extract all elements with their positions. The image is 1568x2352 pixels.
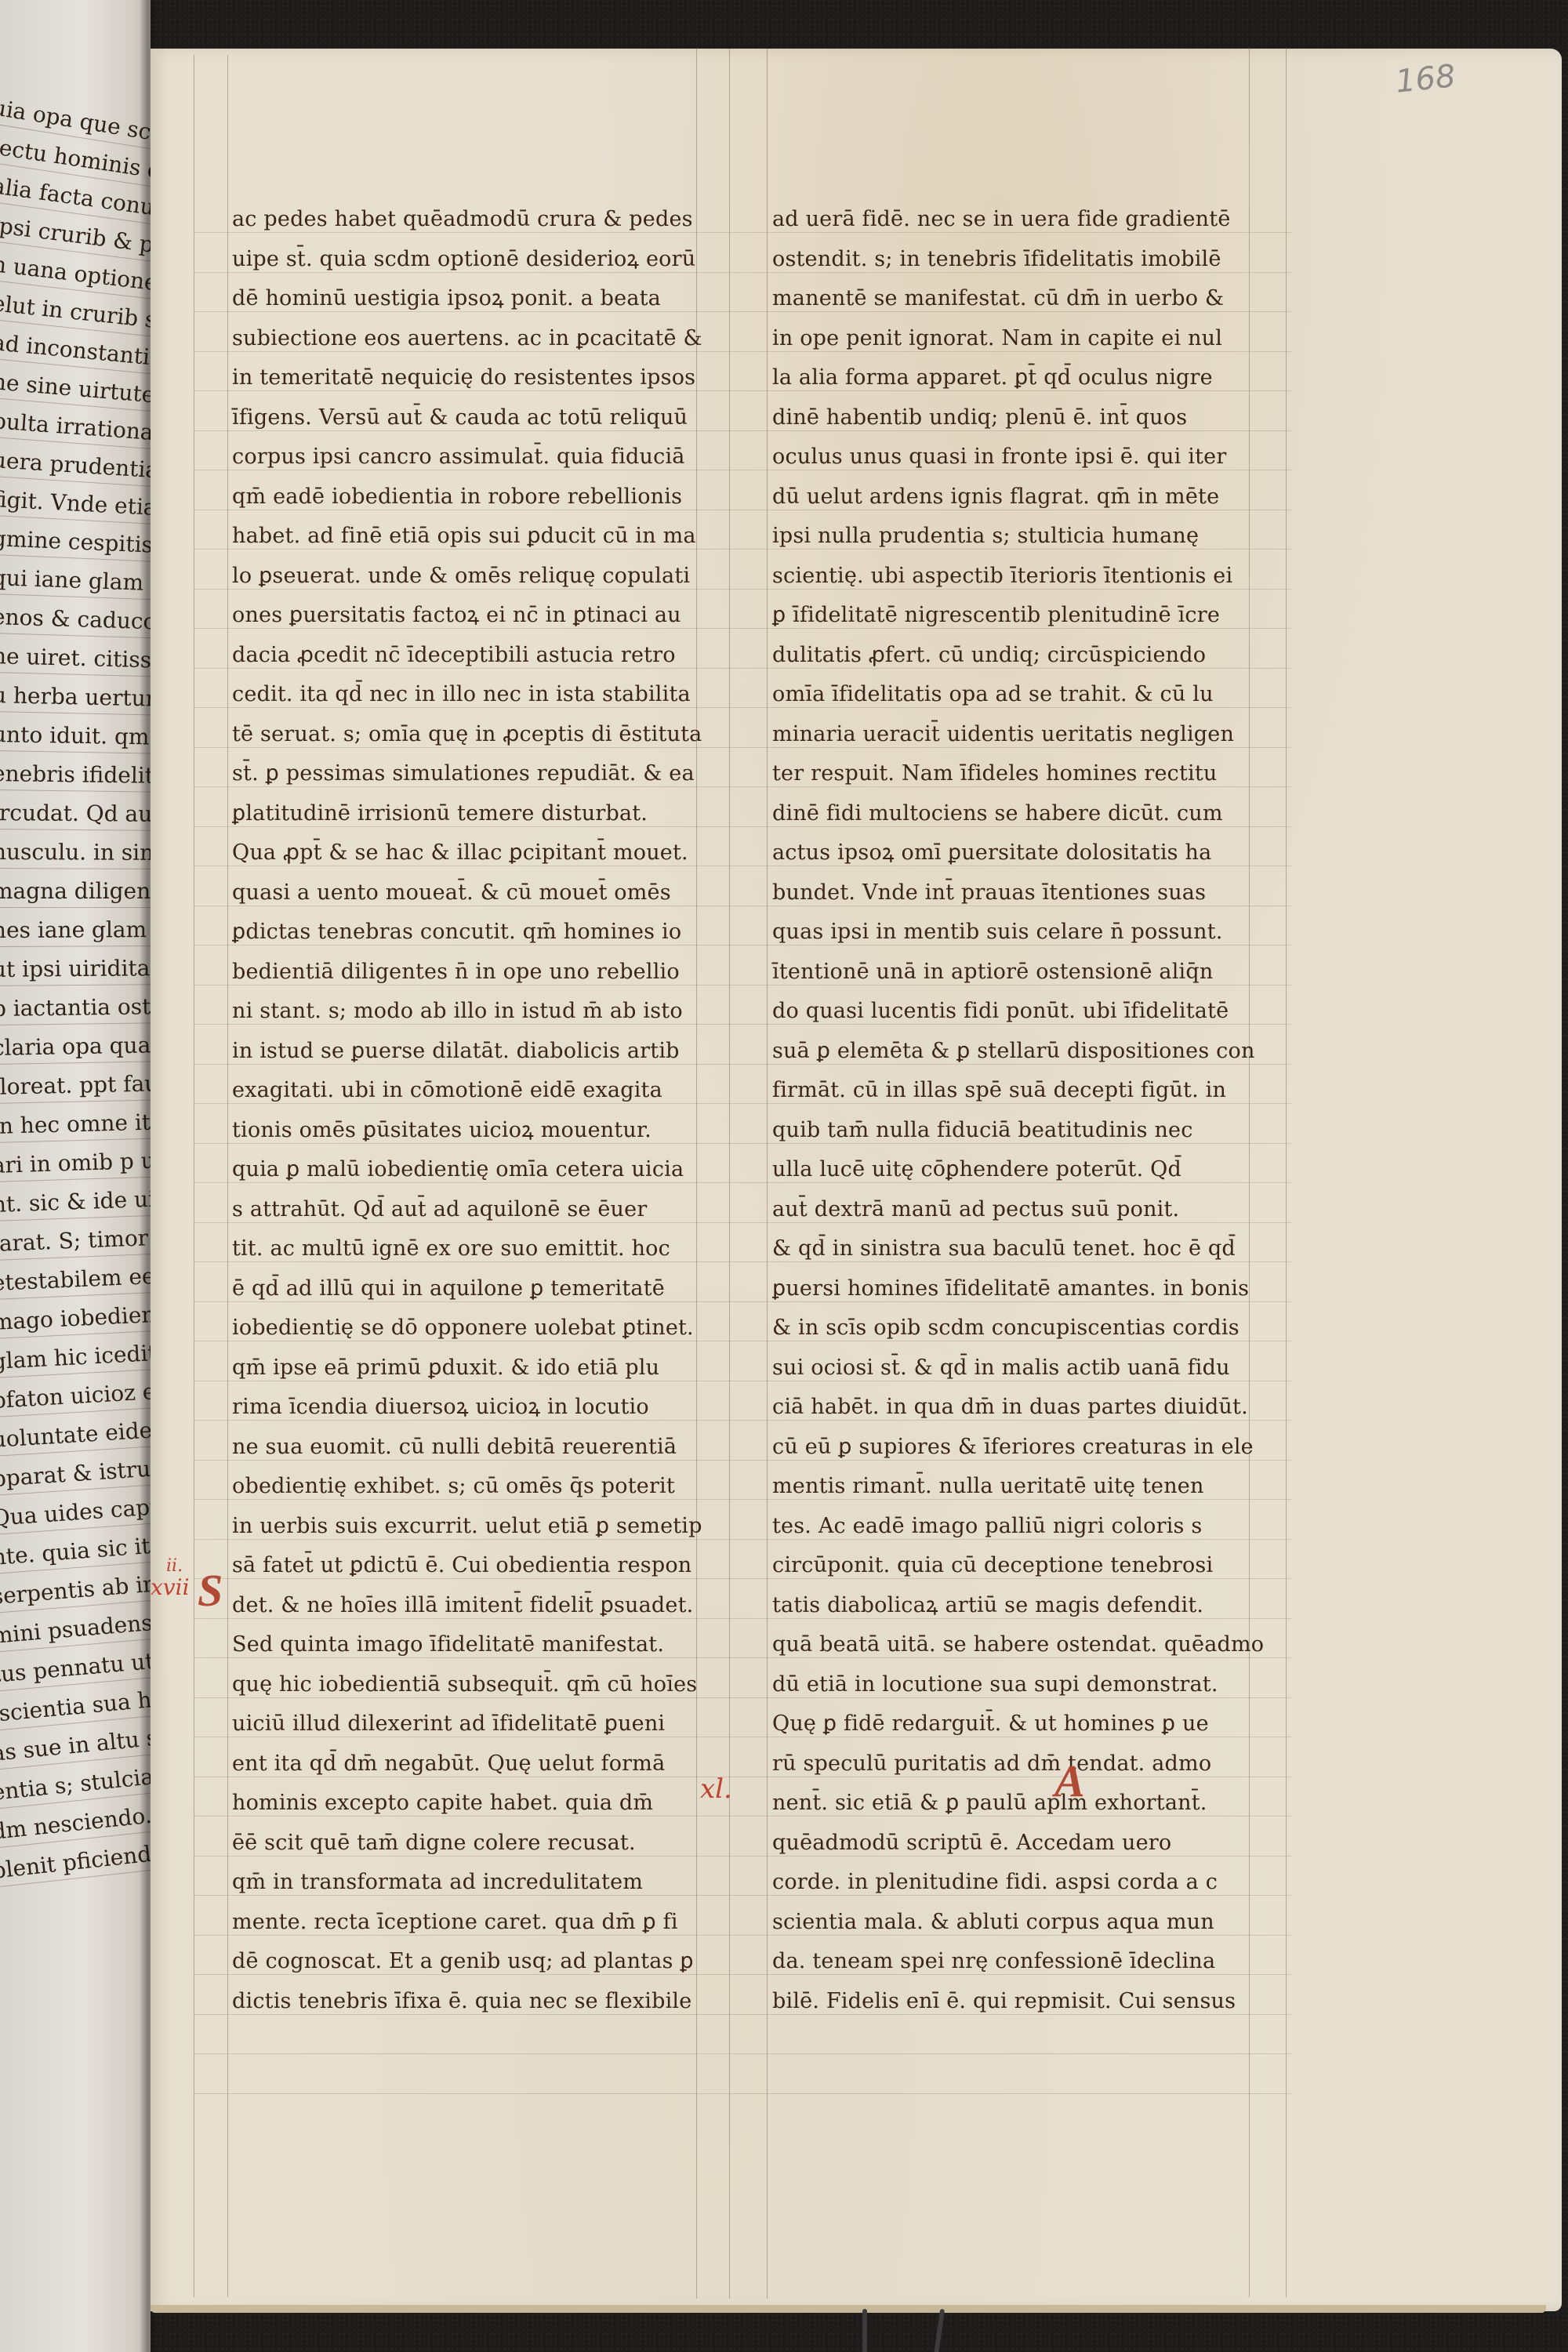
manuscript-line: ꝑlatitudinē irrisionū temere disturbat.: [232, 794, 726, 834]
ruling-line: [194, 55, 194, 2297]
manuscript-line: subiectione eos auertens. ac in ꝑcacitat…: [232, 319, 726, 359]
manuscript-line: ītentionē unā in aptiorē ostensionē aliq…: [772, 953, 1274, 993]
previous-page-line: p iactantia ostendunt: [0, 993, 151, 1025]
manuscript-line: ē qd̄ ad illū qui in aquilone ꝑ temerita…: [232, 1269, 726, 1309]
manuscript-line: mente. recta īceptione caret. qua dm̄ ꝑ …: [232, 1903, 726, 1943]
previous-page-line: enos & caducos honores: [0, 604, 151, 642]
manuscript-line: qm̄ ipse eā primū ꝑduxit. & ido etiā plu: [232, 1348, 726, 1388]
previous-page-line: figit. Vnde etia in: [0, 486, 151, 526]
manuscript-line: exagitati. ubi in cōmotionē eidē exagita: [232, 1071, 726, 1111]
manuscript-line: ac pedes habet quēadmodū crura & pedes: [232, 200, 726, 240]
manuscript-line: in uerbis suis excurrit. uelut etiā ꝑ se…: [232, 1507, 726, 1547]
manuscript-line: habet. ad finē etiā opis sui ꝑducit cū i…: [232, 517, 726, 557]
chapter-marker-top: ii.: [166, 1556, 183, 1576]
previous-page-line: ircudat. Qd aut in: [0, 800, 151, 831]
previous-page-line: pparat & istruit. ac: [0, 1452, 151, 1496]
manuscript-line: corde. in plenitudine fidi. aspsi corda …: [772, 1863, 1274, 1903]
previous-page-line: serpentis ab inicio: [0, 1568, 151, 1613]
manuscript-line: quę hic iobedientiā subsequit̄. qm̄ cū h…: [232, 1665, 726, 1705]
manuscript-line: circūponit. quia cū deceptione tenebrosi: [772, 1546, 1274, 1586]
manuscript-line: dē hominū uestigia ipsoꝝ ponit. a beata: [232, 279, 726, 319]
manuscript-line: s attrahūt. Qd̄ aut̄ ad aquilonē se ēuer: [232, 1190, 726, 1230]
manuscript-line: scientia mala. & abluti corpus aqua mun: [772, 1903, 1274, 1943]
marginal-number: xl.: [700, 1773, 732, 1805]
manuscript-line: manentē se manifestat. cū dm̄ in uerbo &: [772, 279, 1274, 319]
previous-page-line: enebris ifidelitatis in: [0, 760, 151, 793]
manuscript-line: nent̄. sic etiā & ꝑ paulū aplm̄ exhortan…: [772, 1784, 1274, 1824]
manuscript-line: dulitatis ꝓfert. cū undiq; circūspiciend…: [772, 636, 1274, 676]
manuscript-line: rū speculū puritatis ad dm̄ tendat. admo: [772, 1744, 1274, 1784]
manuscript-line: da. teneam spei nrę confessionē īdeclina: [772, 1942, 1274, 1982]
manuscript-line: ēē scit quē tam̄ digne colere recusat.: [232, 1824, 726, 1864]
manuscript-line: Qua ꝓpt̄ & se hac & illac ꝑcipitant̄ mou…: [232, 833, 726, 873]
manuscript-line: in temeritatē nequicię do resistentes ip…: [232, 358, 726, 398]
manuscript-line: st̄. ꝑ pessimas simulationes repudiāt. &…: [232, 754, 726, 794]
manuscript-line: suā ꝑ elemēta & ꝑ stellarū dispositiones…: [772, 1032, 1274, 1072]
manuscript-line: oculus unus quasi in fronte ipsi ē. qui …: [772, 437, 1274, 477]
manuscript-line: ꝑdictas tenebras concutit. qm̄ homines i…: [232, 913, 726, 953]
manuscript-line: aut̄ dextrā manū ad pectus suū ponit.: [772, 1190, 1274, 1230]
previous-page-line: floreat. ppt fauore: [0, 1069, 151, 1104]
manuscript-line: & in scīs opib scdm concupiscentias cord…: [772, 1308, 1274, 1348]
manuscript-line: Sed quinta imago īfidelitatē manifestat.: [232, 1625, 726, 1665]
manuscript-line: actus ipsoꝝ omī ꝑuersitate dolositatis h…: [772, 833, 1274, 873]
bookmark-cord: [862, 2309, 867, 2352]
previous-page-fragment: uia opa que scdmlectu hominis dirigereal…: [0, 0, 151, 2352]
manuscript-line: ipsi nulla prudentia s; stulticia humanę: [772, 517, 1274, 557]
manuscript-line: rima īcendia diuersoꝝ uicioꝝ in locutio: [232, 1388, 726, 1428]
manuscript-line: hominis excepto capite habet. quia dm̄: [232, 1784, 726, 1824]
ruling-line: [227, 55, 228, 2297]
manuscript-line: īfigens. Versū aut̄ & cauda ac totū reli…: [232, 398, 726, 438]
manuscript-line: quib tam̄ nulla fiduciā beatitudinis nec: [772, 1111, 1274, 1151]
manuscript-line: cū eū ꝑ supiores & īferiores creaturas i…: [772, 1428, 1274, 1468]
previous-page-line: in hec omne itentione: [0, 1107, 151, 1143]
manuscript-line: dacia ꝓcedit nc̄ īdeceptibili astucia re…: [232, 636, 726, 676]
manuscript-line: uipe st̄. quia scdm optionē desiderioꝝ e…: [232, 240, 726, 280]
previous-page-line: etestabilem ee manif: [0, 1260, 151, 1300]
ruling-line: [1286, 47, 1287, 2297]
manuscript-line: ulla lucē uitę cōꝑhendere poterūt. Qd̄: [772, 1150, 1274, 1190]
chapter-marker: xvii: [151, 1574, 190, 1600]
previous-page-line: larat. S; timor di: [0, 1224, 151, 1261]
manuscript-line: ne sua euomit. cū nulli debitā reuerenti…: [232, 1428, 726, 1468]
manuscript-line: in istud se ꝑuerse dilatāt. diabolicis a…: [232, 1032, 726, 1072]
red-initial-s: S: [198, 1564, 223, 1617]
text-column-right: ad uerā fidē. nec se in uera fide gradie…: [772, 200, 1274, 2021]
folio-number: 168: [1394, 58, 1457, 100]
manuscript-line: sui ociosi st̄. & qd̄ in malis actib uan…: [772, 1348, 1274, 1388]
manuscript-line: ꝑ īfidelitatē nigrescentib plenitudinē ī…: [772, 596, 1274, 636]
previous-page-line: magna diligentia: [0, 878, 151, 908]
manuscript-line: & qd̄ in sinistra sua baculū tenet. hoc …: [772, 1229, 1274, 1269]
text-column-left: ac pedes habet quēadmodū crura & pedesui…: [232, 200, 726, 2021]
previous-page-line: claria opa quasi in: [0, 1031, 151, 1065]
previous-page-line: nes iane glam imitant: [0, 916, 151, 947]
manuscript-line: in ope penit ignorat. Nam in capite ei n…: [772, 319, 1274, 359]
manuscript-line: dē cognoscat. Et a genib usq; ad plantas…: [232, 1942, 726, 1982]
manuscript-line: quā beatā uitā. se habere ostendat. quēa…: [772, 1625, 1274, 1665]
previous-page-line: ne uiret. citissime in: [0, 643, 151, 679]
manuscript-line: uiciū illud dilexerint ad īfidelitatē ꝑu…: [232, 1704, 726, 1744]
manuscript-line: bundet. Vnde int̄ prauas ītentiones suas: [772, 873, 1274, 913]
manuscript-line: ad uerā fidē. nec se in uera fide gradie…: [772, 200, 1274, 240]
manuscript-line: det. & ne hoīes illā imitent̄ fidelit̄ ꝑ…: [232, 1586, 726, 1626]
manuscript-line: dū etiā in locutione sua supi demonstrat…: [772, 1665, 1274, 1705]
manuscript-line: mentis rimant̄. nulla ueritatē uitę tene…: [772, 1467, 1274, 1507]
previous-page-line: nte. quia sic itentio ei: [0, 1526, 151, 1574]
manuscript-line: ent ita qd̄ dm̄ negabūt. Quę uelut formā: [232, 1744, 726, 1784]
manuscript-line: tatis diabolicaꝝ artiū se magis defendit…: [772, 1586, 1274, 1626]
previous-page-line: bulta irrationalitate: [0, 408, 151, 453]
manuscript-line: bilē. Fidelis enī ē. qui repmisit. Cui s…: [772, 1982, 1274, 2022]
manuscript-line: do quasi lucentis fidi ponūt. ubi īfidel…: [772, 992, 1274, 1032]
previous-page-line: tus pennatu ut pect: [0, 1643, 151, 1692]
bookmark-cord: [934, 2309, 945, 2352]
manuscript-line: dictis tenebris īfixa ē. quia nec se fle…: [232, 1982, 726, 2022]
ruling-line: [729, 49, 730, 2299]
manuscript-line: lo ꝑseuerat. unde & omēs reliquę copulat…: [232, 557, 726, 597]
manuscript-line: quas ipsi in mentib suis celare n̄ possu…: [772, 913, 1274, 953]
previous-page-line: u herba uertunt. Et: [0, 682, 151, 717]
manuscript-line: qm̄ in transformata ad incredulitatem: [232, 1863, 726, 1903]
red-initial-a: A: [1054, 1755, 1085, 1807]
manuscript-line: bedientiā diligentes n̄ in ope uno rebel…: [232, 953, 726, 993]
previous-page-line: qui iane glam sequunt: [0, 564, 151, 603]
previous-page-line: Qua uides caput ut: [0, 1490, 151, 1535]
ruling-line: [194, 2093, 1291, 2094]
manuscript-line: quia ꝑ malū iobedientię omīa cetera uici…: [232, 1150, 726, 1190]
ruling-line: [194, 2053, 1291, 2054]
previous-page-line: gmine cespitis factu: [0, 525, 151, 564]
manuscript-line: sā fatet̄ ut ꝑdictū ē. Cui obedientia re…: [232, 1546, 726, 1586]
manuscript-line: tes. Ac eadē imago palliū nigri coloris …: [772, 1507, 1274, 1547]
manuscript-line: ostendit. s; in tenebris īfidelitatis im…: [772, 240, 1274, 280]
previous-page-line: pfaton uicioz e. & om: [0, 1374, 151, 1417]
manuscript-line: qm̄ eadē iobedientia in robore rebellion…: [232, 477, 726, 517]
manuscript-line: iobedientię se dō opponere uolebat ꝑtine…: [232, 1308, 726, 1348]
manuscript-line: dinē habentib undiq; plenū ē. int̄ quos: [772, 398, 1274, 438]
folio-bottom-edge: [151, 2305, 1546, 2313]
manuscript-line: ciā habēt. in qua dm̄ in duas partes diu…: [772, 1388, 1274, 1428]
manuscript-line: scientię. ubi aspectib īterioris ītentio…: [772, 557, 1274, 597]
previous-page-line: ari in omib p uanitat: [0, 1145, 151, 1182]
manuscript-line: tionis omēs ꝑūsitates uicioꝝ mouentur.: [232, 1111, 726, 1151]
previous-page-line: uoluntate eide ianis: [0, 1414, 151, 1457]
previous-page-line: nt. sic & ide uiciu: [0, 1185, 151, 1221]
manuscript-line: firmāt. cū in illas spē suā decepti figū…: [772, 1071, 1274, 1111]
previous-page-line: mini psuadens ne do: [0, 1604, 151, 1653]
manuscript-line: obedientię exhibet. s; cū omēs q̄s poter…: [232, 1467, 726, 1507]
manuscript-line: cedit. ita qd̄ nec in illo nec in ista s…: [232, 675, 726, 715]
previous-page-line: nusculu. in sinistra uero: [0, 839, 151, 870]
previous-page-line: mago iobedientia: [0, 1300, 151, 1339]
manuscript-line: minaria ueracit̄ uidentis ueritatis negl…: [772, 715, 1274, 755]
manuscript-line: omīa īfidelitatis opa ad se trahit. & cū…: [772, 675, 1274, 715]
manuscript-line: corpus ipsi cancro assimulat̄. quia fidu…: [232, 437, 726, 477]
manuscript-line: ter respuit. Nam īfideles homines rectit…: [772, 754, 1274, 794]
manuscript-line: quēadmodū scriptū ē. Accedam uero: [772, 1824, 1274, 1864]
manuscript-line: ꝑuersi homines īfidelitatē amantes. in b…: [772, 1269, 1274, 1309]
manuscript-line: tit. ac multū ignē ex ore suo emittit. h…: [232, 1229, 726, 1269]
previous-page-line: glam hic icedit. qm: [0, 1338, 151, 1378]
previous-page-line: uera prudentia in hom: [0, 447, 151, 492]
manuscript-line: ones ꝑuersitatis factoꝝ ei nc̄ in ꝑtinac…: [232, 596, 726, 636]
manuscript-line: dinē fidi multociens se habere dicūt. cu…: [772, 794, 1274, 834]
previous-page-line: unto iduit. qm ide: [0, 721, 151, 754]
manuscript-line: tē seruat. s; omīa quę in ꝓceptis di ēst…: [232, 715, 726, 755]
manuscript-line: quasi a uento moueat̄. & cū mouet̄ omēs: [232, 873, 726, 913]
manuscript-line: dū uelut ardens ignis flagrat. qm̄ in mē…: [772, 477, 1274, 517]
manuscript-line: ni stant. s; modo ab illo in istud m̄ ab…: [232, 992, 726, 1032]
previous-page-line: ut ipsi uiriditate: [0, 955, 151, 986]
ruling-line: [767, 49, 768, 2299]
manuscript-line: Quę ꝑ fidē redarguit̄. & ut homines ꝑ ue: [772, 1704, 1274, 1744]
manuscript-line: la alia forma apparet. ꝑt̄ qd̄ oculus ni…: [772, 358, 1274, 398]
